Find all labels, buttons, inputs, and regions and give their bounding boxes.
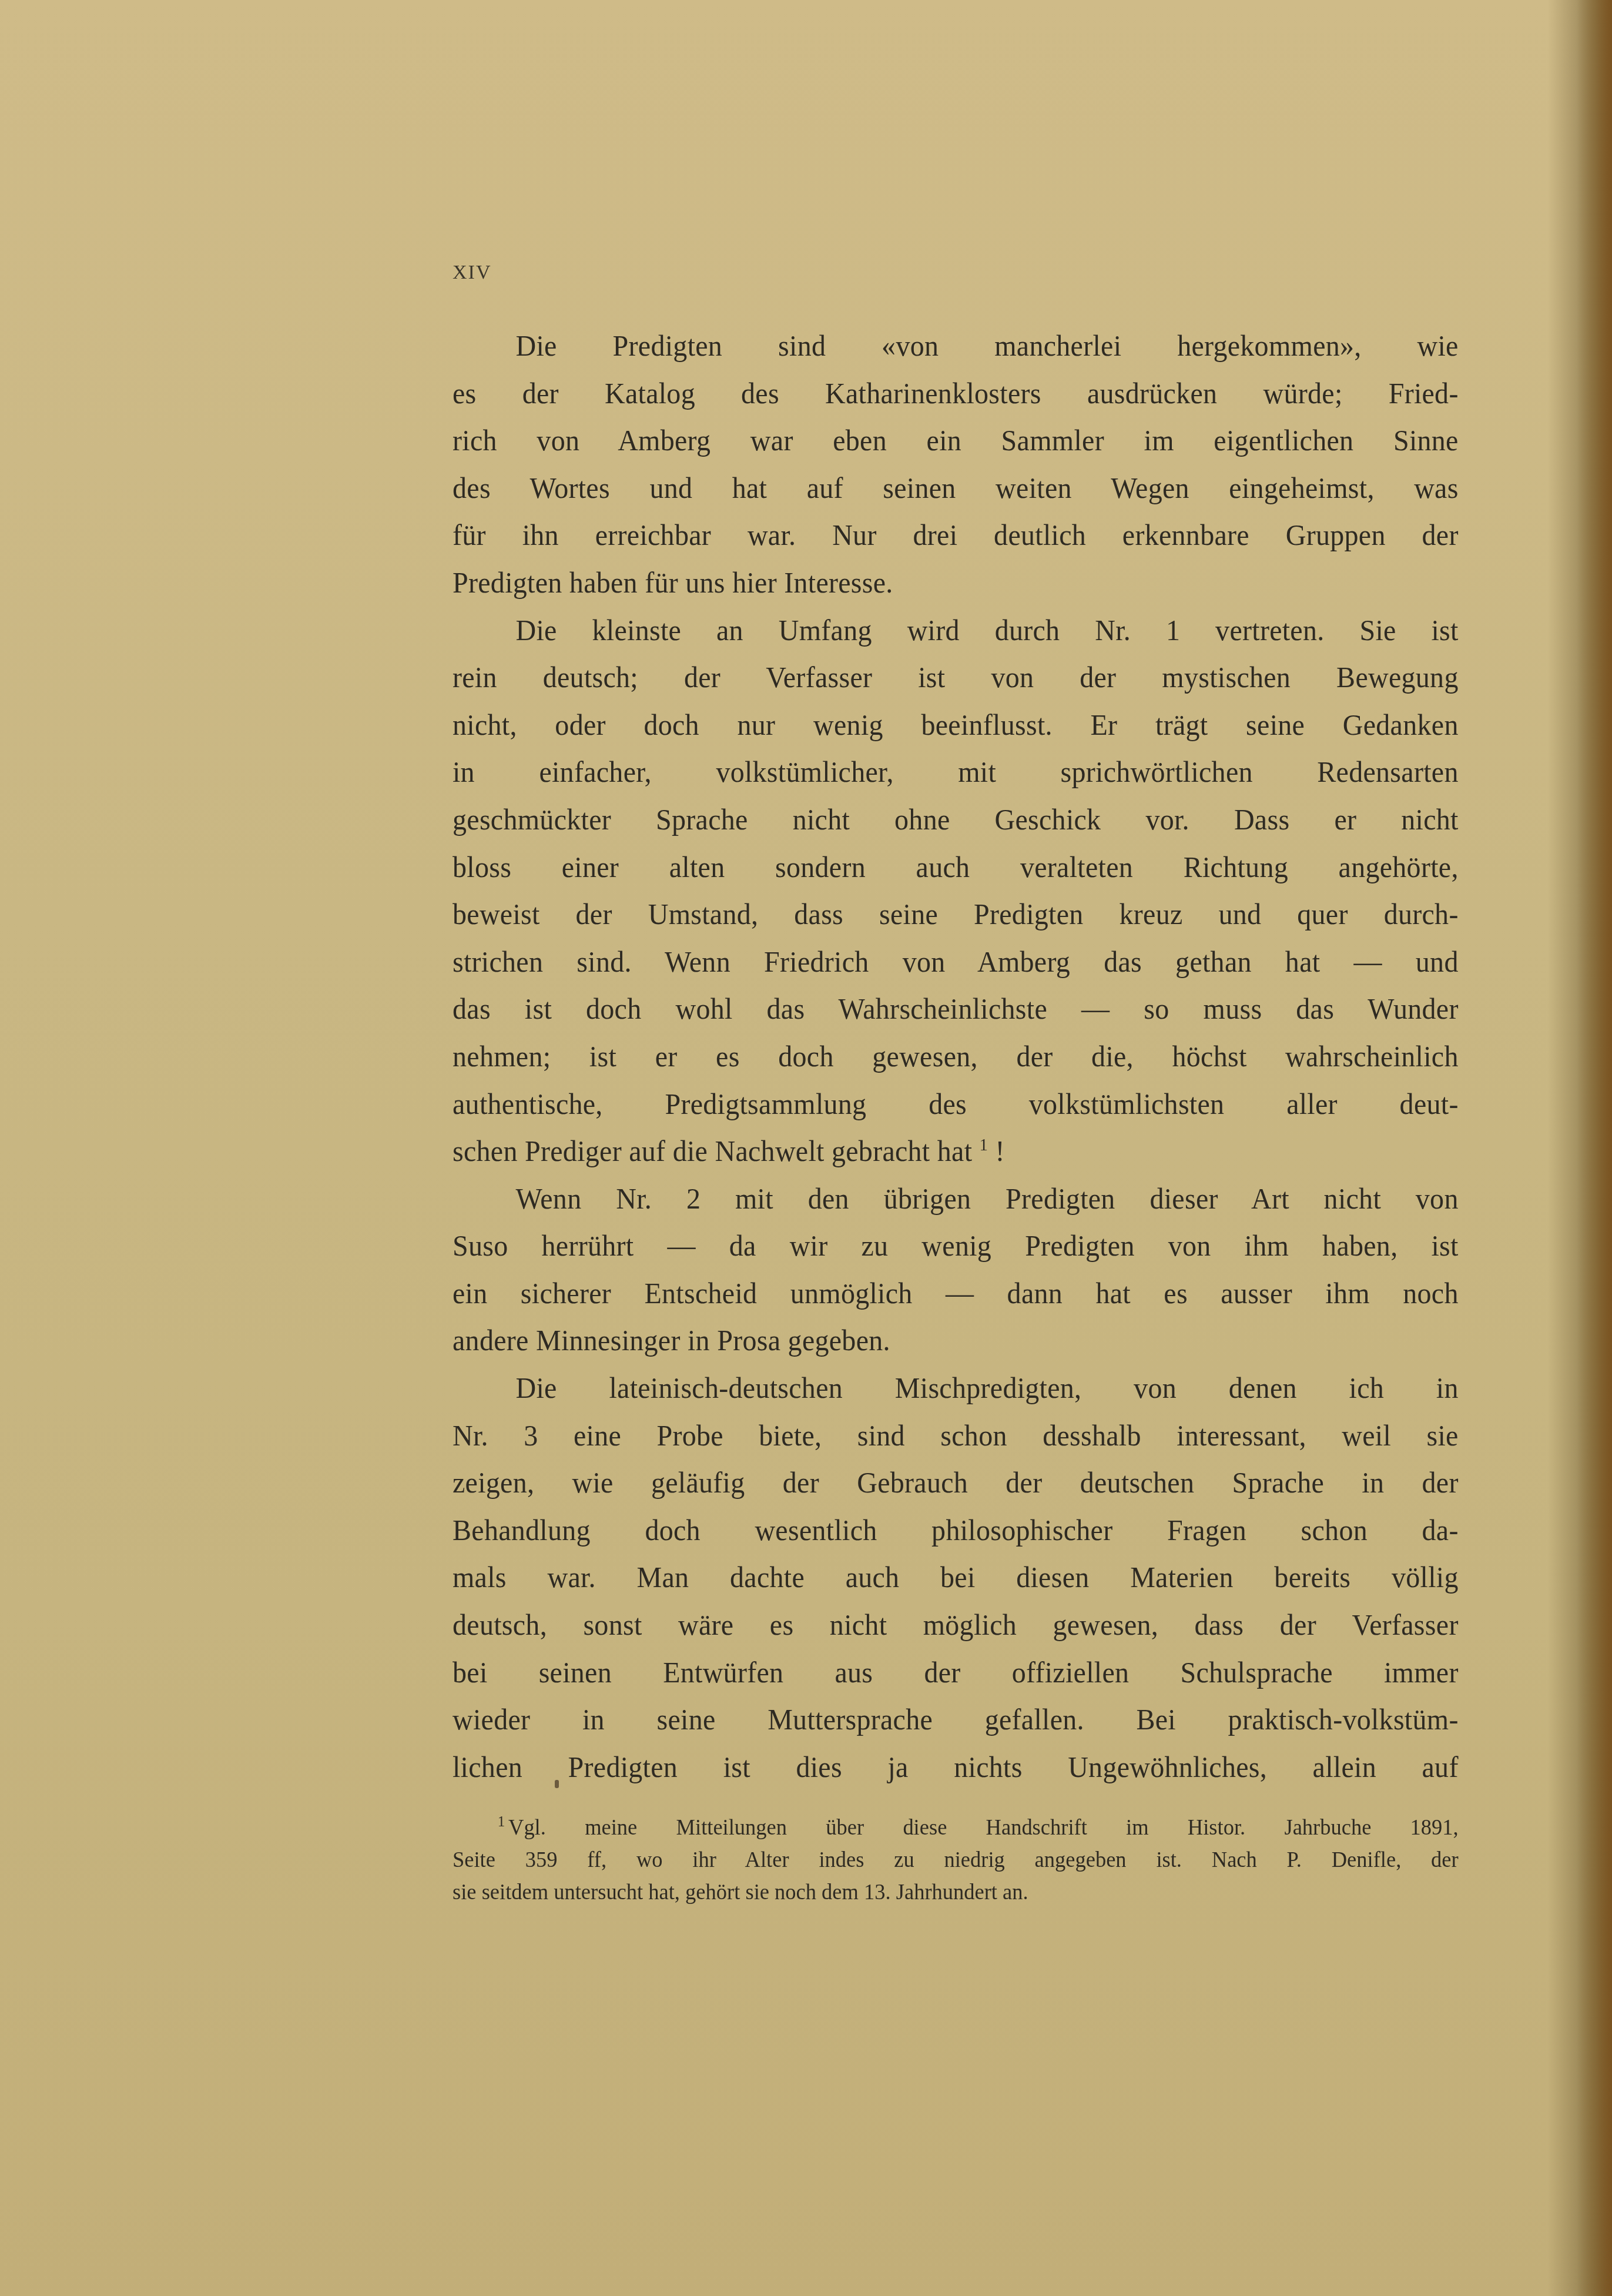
text-line: Die lateinisch-deutschen Mischpredigten,… <box>453 1364 1459 1412</box>
text-line: rein deutsch; der Verfasser ist von der … <box>453 654 1459 701</box>
text-line: wieder in seine Muttersprache gefallen. … <box>453 1696 1459 1743</box>
text-line: strichen sind. Wenn Friedrich von Amberg… <box>453 938 1459 986</box>
body-text: Die Predigten sind «von mancherlei herge… <box>453 322 1459 1790</box>
footnote-reference[interactable]: 1 <box>980 1135 988 1154</box>
text-line: bloss einer alten sondern auch veraltete… <box>453 844 1459 891</box>
paragraph-3: Wenn Nr. 2 mit den übrigen Predigten die… <box>453 1175 1459 1364</box>
footnote-line-content: Vgl. meine Mitteilungen über diese Hands… <box>508 1815 1459 1840</box>
text-line: Wenn Nr. 2 mit den übrigen Predigten die… <box>453 1175 1459 1223</box>
footnote-number: 1 <box>498 1813 505 1830</box>
footnote-line: 1Vgl. meine Mitteilungen über diese Hand… <box>453 1812 1459 1844</box>
paragraph-2: Die kleinste an Umfang wird durch Nr. 1 … <box>453 607 1459 1175</box>
text-line: es der Katalog des Katharinenklosters au… <box>453 370 1459 417</box>
text-line: andere Minnesinger in Prosa gegeben. <box>453 1317 1459 1364</box>
text-line: nehmen; ist er es doch gewesen, der die,… <box>453 1033 1459 1080</box>
page-number: XIV <box>453 262 491 284</box>
text-line: zeigen, wie geläufig der Gebrauch der de… <box>453 1459 1459 1507</box>
text-line: Die kleinste an Umfang wird durch Nr. 1 … <box>453 607 1459 654</box>
text-line: für ihn erreichbar war. Nur drei deutlic… <box>453 511 1459 559</box>
text-line: Die Predigten sind «von mancherlei herge… <box>453 322 1459 370</box>
text-line: deutsch, sonst wäre es nicht möglich gew… <box>453 1601 1459 1649</box>
footnote-1: 1Vgl. meine Mitteilungen über diese Hand… <box>453 1812 1459 1909</box>
text-line: lichen Predigten ist dies ja nichts Unge… <box>453 1743 1459 1791</box>
text-line: rich von Amberg war eben ein Sammler im … <box>453 417 1459 464</box>
text-line: bei seinen Entwürfen aus der offiziellen… <box>453 1649 1459 1696</box>
text-line: schen Prediger auf die Nachwelt gebracht… <box>453 1127 1459 1175</box>
text-line: nicht, oder doch nur wenig beeinflusst. … <box>453 701 1459 749</box>
footnote-line: sie seitdem untersucht hat, gehört sie n… <box>453 1876 1459 1909</box>
text-line: das ist doch wohl das Wahrscheinlichste … <box>453 985 1459 1033</box>
text-line: Behandlung doch wesentlich philosophisch… <box>453 1507 1459 1554</box>
footnote-line: Seite 359 ff, wo ihr Alter indes zu nied… <box>453 1844 1459 1876</box>
text-line: ein sicherer Entscheid unmöglich — dann … <box>453 1270 1459 1317</box>
text-line: Predigten haben für uns hier Interesse. <box>453 559 1459 607</box>
text-line: mals war. Man dachte auch bei diesen Mat… <box>453 1554 1459 1601</box>
ink-speck <box>555 1780 559 1788</box>
text-line: beweist der Umstand, dass seine Predigte… <box>453 891 1459 938</box>
text-line-suffix: ! <box>988 1134 1005 1167</box>
text-line: Nr. 3 eine Probe biete, sind schon dessh… <box>453 1412 1459 1460</box>
book-page: XIV Die Predigten sind «von mancherlei h… <box>0 0 1612 2296</box>
text-line: des Wortes und hat auf seinen weiten Weg… <box>453 464 1459 512</box>
text-line: in einfacher, volkstümlicher, mit sprich… <box>453 748 1459 796</box>
footnotes: 1Vgl. meine Mitteilungen über diese Hand… <box>453 1812 1459 1909</box>
text-line: Suso herrührt — da wir zu wenig Predigte… <box>453 1222 1459 1270</box>
text-line: geschmückter Sprache nicht ohne Geschick… <box>453 796 1459 844</box>
text-line-content: schen Prediger auf die Nachwelt gebracht… <box>453 1134 972 1167</box>
text-line: authentische, Predigtsammlung des volkst… <box>453 1080 1459 1128</box>
page-edge-shadow <box>1577 0 1612 2296</box>
paragraph-4: Die lateinisch-deutschen Mischpredigten,… <box>453 1364 1459 1790</box>
paragraph-1: Die Predigten sind «von mancherlei herge… <box>453 322 1459 607</box>
